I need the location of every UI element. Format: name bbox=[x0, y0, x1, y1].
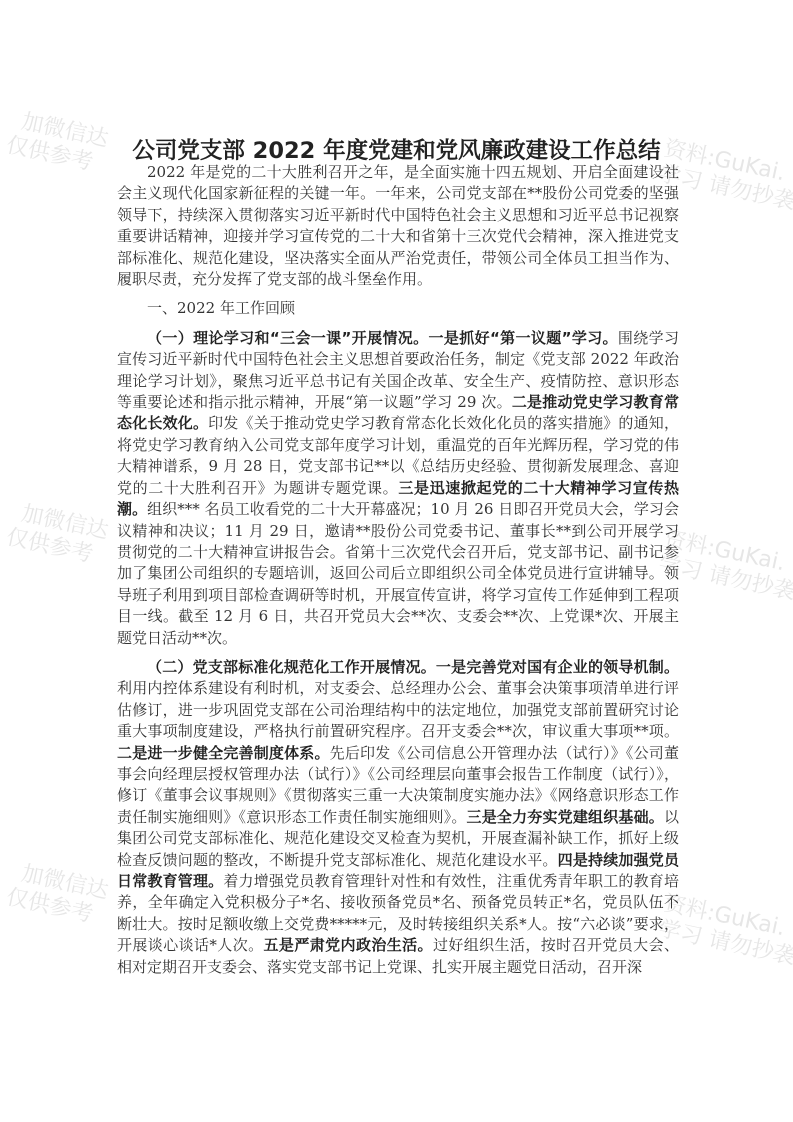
subheading-standardization: （二）党支部标准化规范化工作开展情况。 bbox=[147, 658, 436, 676]
document-title: 公司党支部 2022 年度党建和党风廉政建设工作总结 bbox=[100, 133, 693, 165]
watermark-left-2: 加微信达仅供参考 bbox=[14, 501, 111, 570]
point-bold: 一是完善党对国有企业的领导机制。 bbox=[436, 658, 679, 676]
intro-paragraph: 2022 年是党的二十大胜利召开之年，是全面实施十四五规划、开启全面建设社会主义… bbox=[117, 162, 679, 290]
document-body: 2022 年是党的二十大胜利召开之年，是全面实施十四五规划、开启全面建设社会主义… bbox=[117, 162, 679, 978]
point-text: 利用内控体系建设有利时机，对支委会、总经理办公会、董事会决策事项清单进行评估修订… bbox=[117, 679, 679, 740]
watermark-left-3: 加微信达仅供参考 bbox=[14, 861, 111, 930]
paragraph-standardization: （二）党支部标准化规范化工作开展情况。一是完善党对国有企业的领导机制。利用内控体… bbox=[117, 657, 679, 978]
document-page: 加微信达仅供参考 加微信达仅供参考 加微信达仅供参考 资料:GuKai.学习 请… bbox=[0, 0, 793, 1122]
point-bold: 一是抓好“第一议题”学习。 bbox=[429, 329, 618, 347]
point-bold: 三是全力夯实党建组织基础。 bbox=[467, 808, 664, 826]
subheading-theory-study: （一）理论学习和“三会一课”开展情况。 bbox=[147, 329, 429, 347]
point-bold: 五是严肃党内政治生活。 bbox=[264, 936, 433, 954]
point-text: 组织*** 名员工收看党的二十大开幕盛况；10 月 26 日即召开党员大会，学习… bbox=[117, 500, 679, 646]
paragraph-theory-study: （一）理论学习和“三会一课”开展情况。一是抓好“第一议题”学习。围绕学习宣传习近… bbox=[117, 328, 679, 649]
section-heading-review: 一、2022 年工作回顾 bbox=[117, 298, 679, 319]
watermark-left-1: 加微信达仅供参考 bbox=[14, 109, 111, 178]
point-bold: 二是进一步健全完善制度体系。 bbox=[117, 744, 330, 762]
